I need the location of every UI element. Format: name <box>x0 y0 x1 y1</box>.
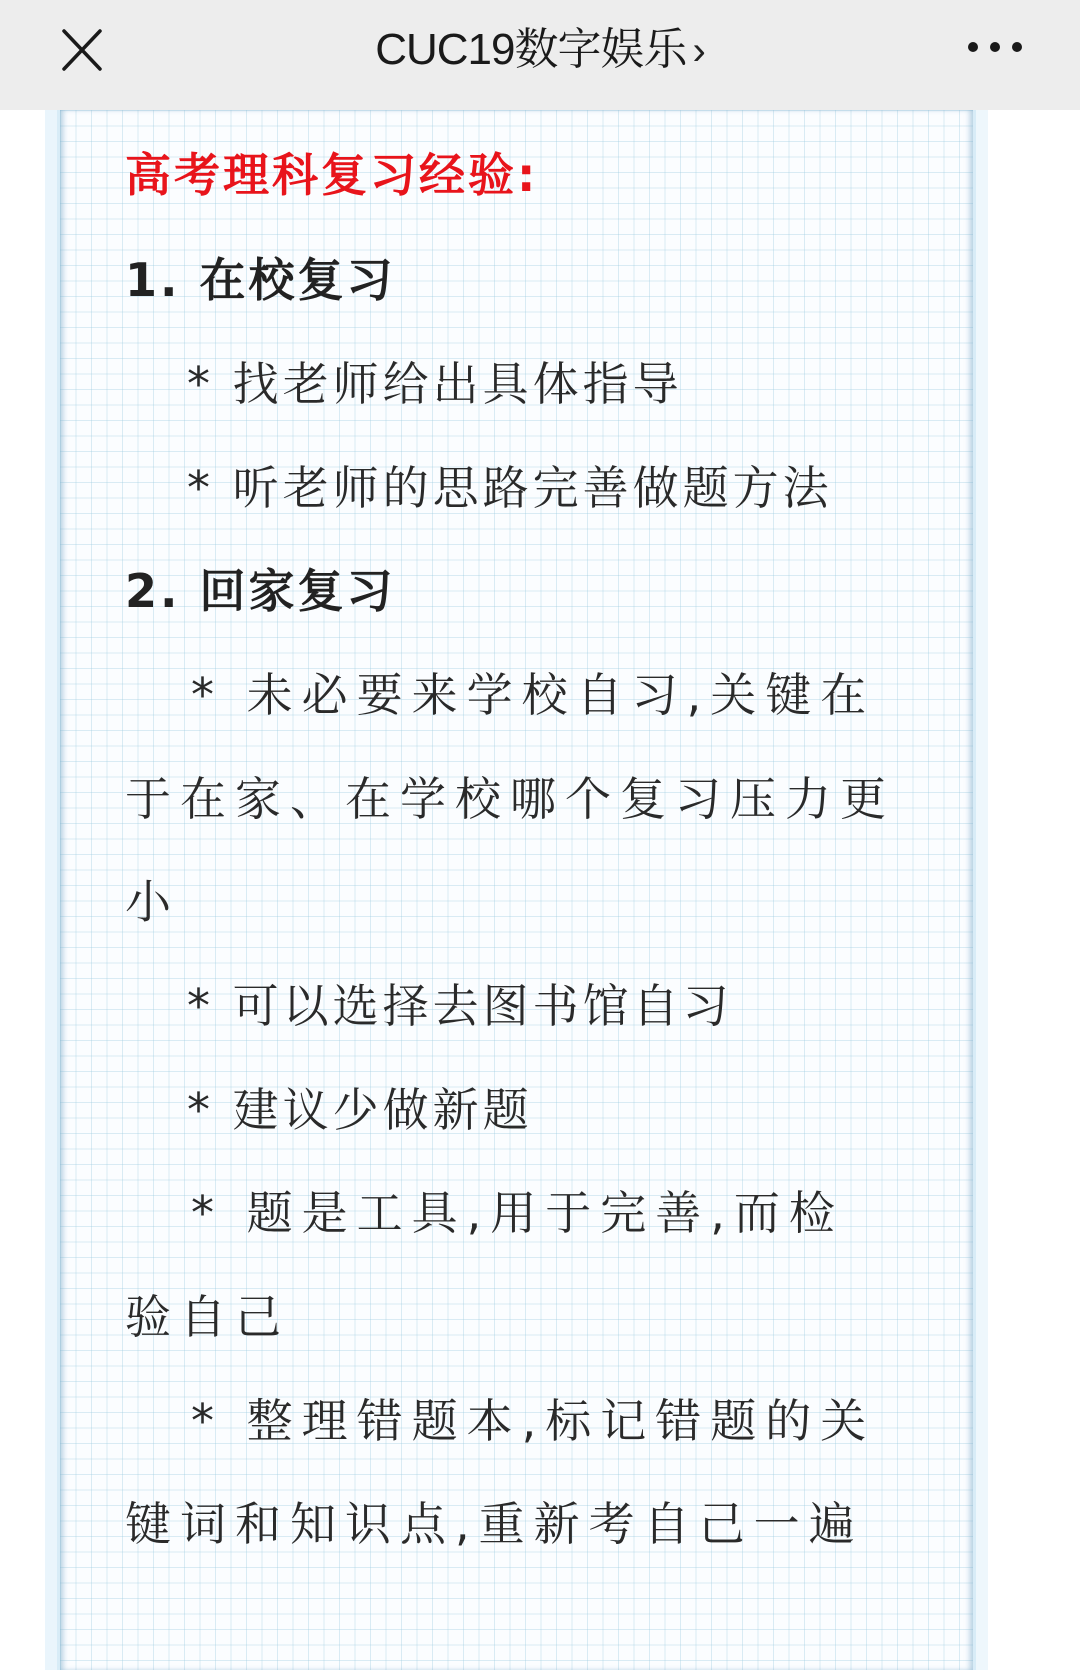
list-item-continuation: 键词和知识点,重新考自己一遍 <box>125 1494 864 1554</box>
list-item-continuation: 验自己 <box>125 1287 290 1347</box>
list-item: * 找老师给出具体指导 <box>187 354 683 414</box>
list-item: * 听老师的思路完善做题方法 <box>187 458 833 518</box>
list-item: * 整理错题本,标记错题的关 <box>191 1391 875 1451</box>
more-options-button[interactable] <box>968 36 1028 60</box>
top-navigation-bar: CUC19数字娱乐› <box>0 0 1080 110</box>
list-item-continuation: 小 <box>125 872 180 932</box>
list-item-continuation: 于在家、在学校哪个复习压力更 <box>125 769 895 829</box>
list-item: * 未必要来学校自习,关键在 <box>191 665 875 725</box>
list-item: * 建议少做新题 <box>187 1080 533 1140</box>
paper-edge-right <box>976 110 988 1657</box>
more-dots-icon <box>1012 42 1022 52</box>
account-name[interactable]: CUC19数字娱乐 <box>375 25 686 74</box>
more-dots-icon <box>968 42 978 52</box>
section-title: 1. 在校复习 <box>125 250 396 310</box>
article-heading: 高考理科复习经验: <box>125 145 538 205</box>
list-item: * 可以选择去图书馆自习 <box>187 976 733 1036</box>
more-dots-icon <box>990 42 1000 52</box>
list-item: * 题是工具,用于完善,而检 <box>191 1183 844 1243</box>
paper-edge-left <box>45 110 57 1657</box>
section-title: 2. 回家复习 <box>125 561 396 621</box>
chevron-right-icon: › <box>692 29 704 73</box>
page-title[interactable]: CUC19数字娱乐› <box>0 20 1080 81</box>
